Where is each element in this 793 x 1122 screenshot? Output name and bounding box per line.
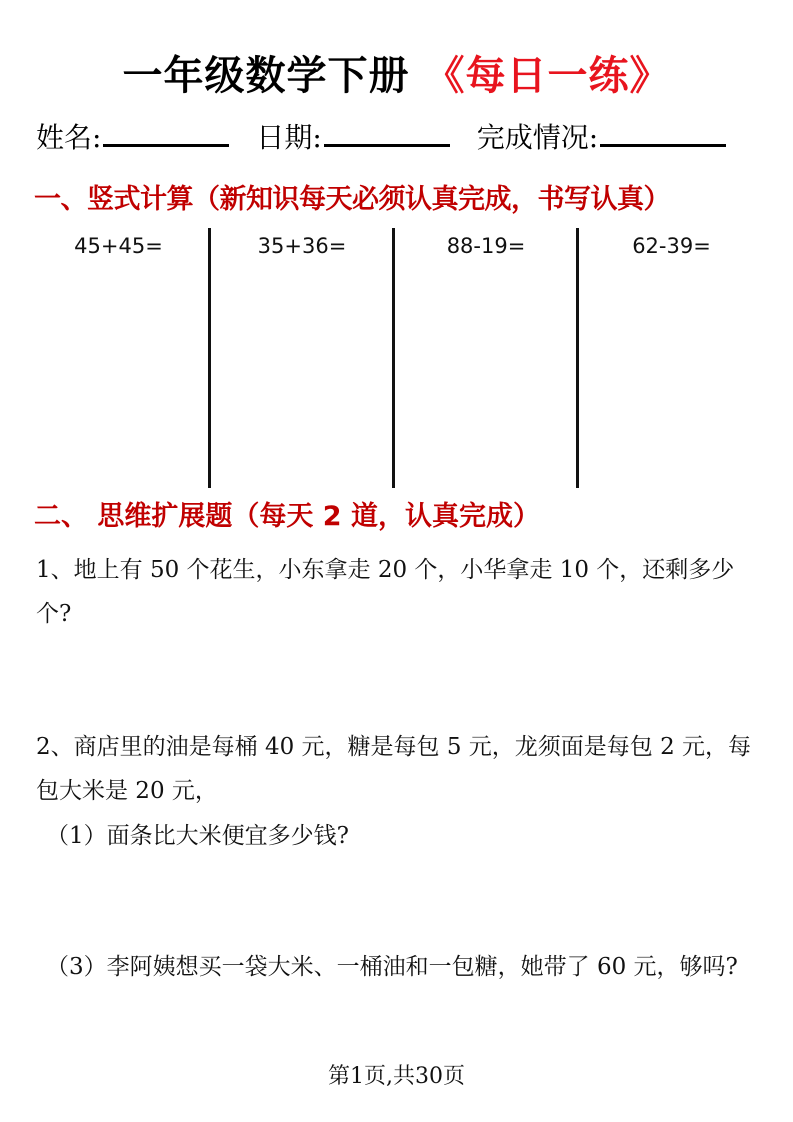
student-info-row: 姓名: 日期: 完成情况: — [36, 116, 766, 160]
title-highlight: 《每日一练》 — [424, 53, 670, 99]
question-2-sub-3: （3）李阿姨想买一袋大米、一桶油和一包糖，她带了 60 元，够吗? — [46, 945, 776, 989]
calc-expression: 35+36= — [211, 228, 393, 264]
date-field: 日期: — [256, 116, 449, 160]
title-main: 一年级数学下册 — [123, 53, 410, 99]
calc-problem-4: 62-39= — [579, 228, 764, 488]
name-blank[interactable] — [103, 117, 229, 147]
completion-blank[interactable] — [600, 117, 726, 147]
calc-problem-2: 35+36= — [211, 228, 393, 488]
vertical-calc-grid: 45+45= 35+36= 88-19= 62-39= — [28, 228, 764, 488]
completion-label: 完成情况: — [477, 121, 598, 154]
page-title: 一年级数学下册 《每日一练》 — [0, 48, 793, 104]
page-number: 第1页,共30页 — [0, 1062, 793, 1092]
date-blank[interactable] — [324, 117, 450, 147]
name-label: 姓名: — [36, 121, 101, 154]
calc-problem-1: 45+45= — [28, 228, 209, 488]
question-1: 1、地上有 50 个花生，小东拿走 20 个，小华拿走 10 个，还剩多少个? — [36, 548, 766, 636]
date-label: 日期: — [256, 121, 321, 154]
name-field: 姓名: — [36, 116, 229, 160]
calc-expression: 45+45= — [28, 228, 209, 264]
question-2: 2、商店里的油是每桶 40 元，糖是每包 5 元，龙须面是每包 2 元，每包大米… — [36, 725, 766, 813]
section-heading-thinking: 二、 思维扩展题（每天 2 道，认真完成） — [34, 497, 540, 537]
calc-problem-3: 88-19= — [395, 228, 577, 488]
section-heading-vertical-calc: 一、竖式计算（新知识每天必须认真完成，书写认真） — [34, 180, 670, 220]
calc-expression: 88-19= — [395, 228, 577, 264]
question-2-sub-1: （1）面条比大米便宜多少钱? — [46, 814, 776, 858]
calc-expression: 62-39= — [579, 228, 764, 264]
completion-field: 完成情况: — [477, 116, 726, 160]
